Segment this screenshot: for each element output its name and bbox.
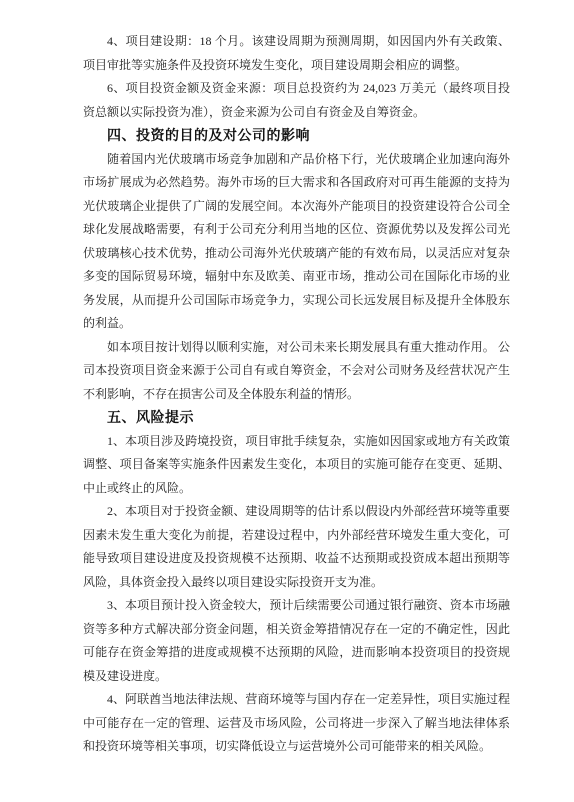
paragraph: 4、阿联酋当地法律法规、营商环境等与国内存在一定差异性，项目实施过程中可能存在一… bbox=[83, 688, 510, 759]
document-content: 4、项目建设期：18 个月。该建设周期为预测周期，如因国内外有关政策、项目审批等… bbox=[83, 30, 510, 759]
paragraph: 3、本项目预计投入资金较大，预计后续需要公司通过银行融资、资本市场融资等多种方式… bbox=[83, 594, 510, 688]
paragraph: 4、项目建设期：18 个月。该建设周期为预测周期，如因国内外有关政策、项目审批等… bbox=[83, 30, 510, 77]
paragraph: 6、项目投资金额及资金来源：项目总投资约为 24,023 万美元（最终项目投资总… bbox=[83, 77, 510, 124]
paragraph: 2、本项目对于投资金额、建设周期等的估计系以假设内外部经营环境等重要因素未发生重… bbox=[83, 500, 510, 594]
paragraph: 1、本项目涉及跨境投资，项目审批手续复杂，实施如因国家或地方有关政策调整、项目备… bbox=[83, 430, 510, 501]
section-heading: 五、风险提示 bbox=[83, 406, 510, 430]
document-page: 4、项目建设期：18 个月。该建设周期为预测周期，如因国内外有关政策、项目审批等… bbox=[0, 0, 574, 802]
paragraph: 随着国内光伏玻璃市场竞争加剧和产品价格下行，光伏玻璃企业加速向海外市场扩展成为必… bbox=[83, 148, 510, 336]
paragraph: 如本项目按计划得以顺利实施，对公司未来长期发展具有重大推动作用。 公司本投资项目… bbox=[83, 336, 510, 407]
section-heading: 四、投资的目的及对公司的影响 bbox=[83, 124, 510, 148]
